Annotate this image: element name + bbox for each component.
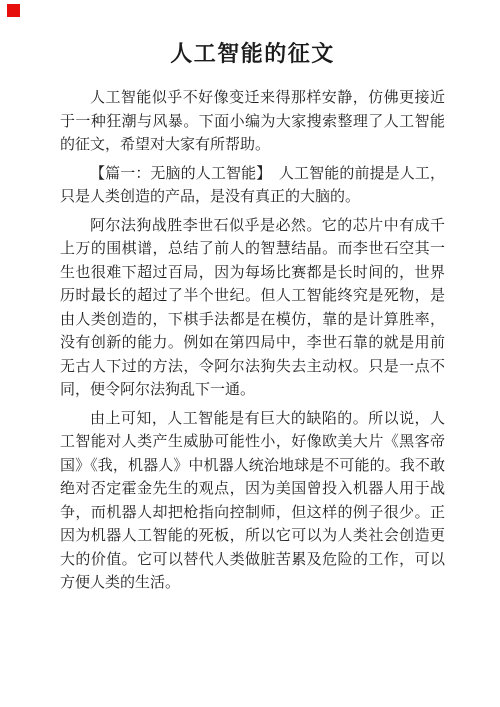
red-corner-marker [7,4,20,17]
paragraph-conclusion: 由上可知，人工智能是有巨大的缺陷的。所以说，人工智能对人类产生威胁可能性小，好像… [60,408,445,596]
essay-document: 人工智能的征文 人工智能似乎不好像变迁来得那样安静，仿佛更接近于一种狂潮与风暴。… [60,40,445,596]
paragraph-alphago: 阿尔法狗战胜李世石似乎是必然。它的芯片中有成千上万的围棋谱，总结了前人的智慧结晶… [60,215,445,403]
paragraph-section-heading: 【篇一：无脑的人工智能】 人工智能的前提是人工，只是人类创造的产品，是没有真正的… [60,163,445,210]
paragraph-intro: 人工智能似乎不好像变迁来得那样安静，仿佛更接近于一种狂潮与风暴。下面小编为大家搜… [60,87,445,158]
document-title: 人工智能的征文 [60,40,445,68]
document-page: { "page": { "background": "#ffffff", "ma… [0,0,500,707]
